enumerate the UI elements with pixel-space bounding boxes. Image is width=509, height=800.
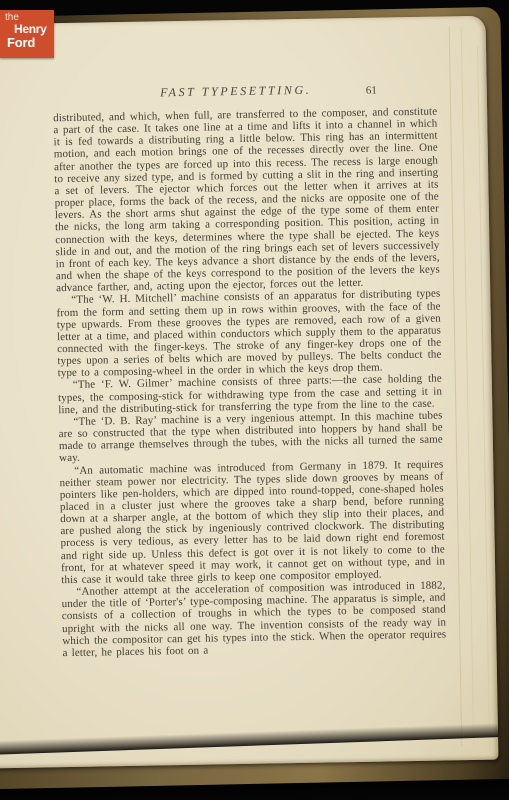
page-number: 61	[366, 85, 377, 97]
paragraph: “Another attempt at the acceleration of …	[61, 580, 446, 660]
henry-ford-logo: the Henry Ford	[0, 10, 54, 58]
page-bottom-shadow	[0, 723, 498, 755]
book-page: FAST TYPESETTING. 61 distributed, and wh…	[0, 16, 498, 769]
photo-background: FAST TYPESETTING. 61 distributed, and wh…	[0, 0, 509, 800]
running-head-title: FAST TYPESETTING.	[160, 83, 311, 100]
text-block: distributed, and which, when full, are t…	[53, 106, 446, 660]
logo-text-ford: Ford	[7, 35, 35, 50]
paragraph: distributed, and which, when full, are t…	[53, 106, 440, 295]
paragraph: “The ‘W. H. Mitchell’ machine consists o…	[56, 288, 441, 380]
running-head: FAST TYPESETTING. 61	[43, 81, 429, 103]
paragraph: “The ‘D. B. Ray’ machine is a very ingen…	[58, 409, 443, 464]
paragraph: “An automatic machine was introduced fro…	[59, 458, 445, 586]
page-stack-edge	[449, 26, 475, 746]
logo-text-henry: Henry	[14, 22, 47, 36]
